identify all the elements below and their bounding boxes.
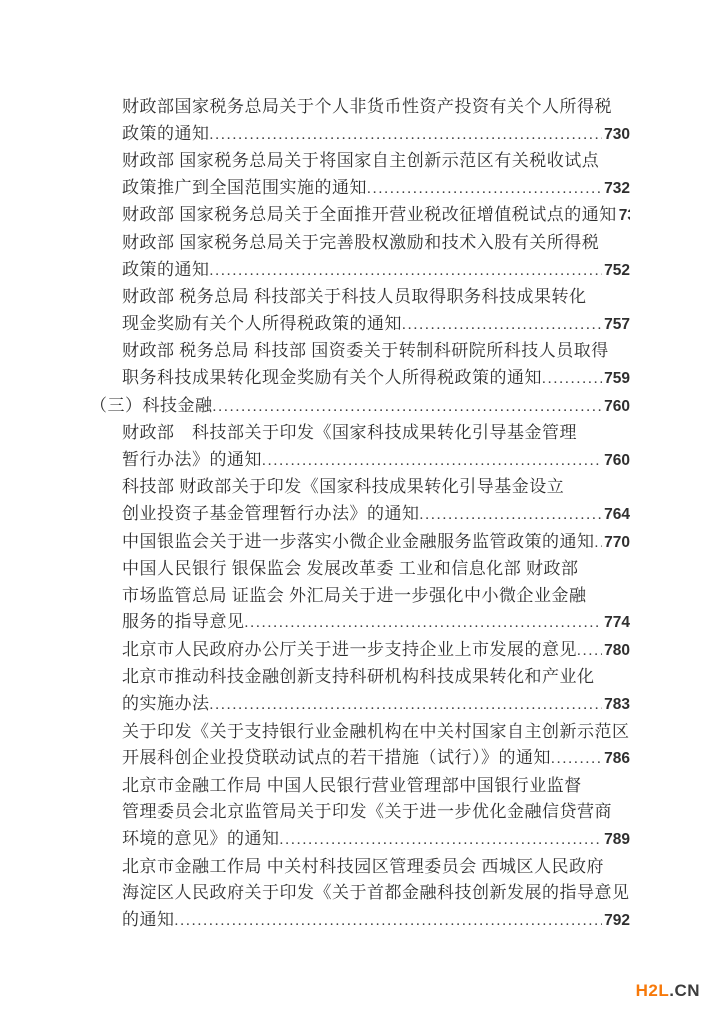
page-number: 786 [602,746,630,773]
dot-leader [542,365,602,393]
toc-entry: 关于印发《关于支持银行业金融机构在中关村国家自主创新示范区开展科创企业投贷联动试… [90,719,630,773]
toc-line-text: 现金奖励有关个人所得税政策的通知 [122,311,402,338]
watermark-suffix: .CN [669,981,700,1000]
page-number: 732 [602,176,630,203]
toc-line-text: 政策的通知 [122,257,210,284]
toc-line-text: 财政部 税务总局 科技部关于科技人员取得职务科技成果转化 [122,284,587,311]
toc-line-text: 科技部 财政部关于印发《国家科技成果转化引导基金设立 [122,474,564,501]
toc-entry: 中国银监会关于进一步落实小微企业金融服务监管政策的通知770 [90,529,630,557]
toc-line-text: 中国银监会关于进一步落实小微企业金融服务监管政策的通知 [122,529,595,556]
toc-line: 的通知792 [90,907,630,935]
toc-entry: 财政部 税务总局 科技部 国资委关于转制科研院所科技人员取得职务科技成果转化现金… [90,338,630,392]
toc-line: 管理委员会北京监管局关于印发《关于进一步优化金融信贷营商 [90,799,630,826]
toc-line: 的实施办法783 [90,691,630,719]
dot-leader [210,691,603,719]
dot-leader [420,501,603,529]
toc-entry: 北京市人民政府办公厅关于进一步支持企业上市发展的意见780 [90,637,630,665]
toc-line: 环境的意见》的通知789 [90,826,630,854]
toc-line: 北京市金融工作局 中关村科技园区管理委员会 西城区人民政府 [90,854,630,881]
toc-entry: 中国人民银行 银保监会 发展改革委 工业和信息化部 财政部市场监管总局 证监会 … [90,556,630,637]
toc-line-text: 职务科技成果转化现金奖励有关个人所得税政策的通知 [122,365,542,392]
toc-line: 中国人民银行 银保监会 发展改革委 工业和信息化部 财政部 [90,556,630,583]
toc-line: 政策的通知752 [90,257,630,285]
toc-line-text: （三）科技金融 [90,393,213,420]
page-number: 792 [602,908,630,935]
toc-line-text: 暂行办法》的通知 [122,447,262,474]
page-number: 730 [602,122,630,149]
toc-entry: 科技部 财政部关于印发《国家科技成果转化引导基金设立创业投资子基金管理暂行办法》… [90,474,630,528]
toc-line-text: 关于印发《关于支持银行业金融机构在中关村国家自主创新示范区 [122,719,630,746]
toc-line: 暂行办法》的通知760 [90,447,630,475]
dot-leader [595,529,603,557]
toc-line: 中国银监会关于进一步落实小微企业金融服务监管政策的通知770 [90,529,630,557]
toc-line: 财政部 税务总局 科技部 国资委关于转制科研院所科技人员取得 [90,338,630,365]
toc-line-text: 财政部 税务总局 科技部 国资委关于转制科研院所科技人员取得 [122,338,609,365]
dot-leader [551,745,602,773]
page-number: 760 [602,394,630,421]
dot-leader [175,907,603,935]
table-of-contents: 财政部国家税务总局关于个人非货币性资产投资有关个人所得税政策的通知730财政部 … [90,94,630,934]
toc-entry: 财政部 国家税务总局关于将国家自主创新示范区有关税收试点政策推广到全国范围实施的… [90,148,630,202]
page-number: 764 [602,502,630,529]
toc-line-text: 环境的意见》的通知 [122,826,280,853]
toc-line-text: 的通知 [122,907,175,934]
toc-line: 财政部 国家税务总局关于完善股权激励和技术入股有关所得税 [90,230,630,257]
page-number: 735 [617,203,630,230]
dot-leader [402,311,602,339]
toc-line: 政策推广到全国范围实施的通知732 [90,175,630,203]
toc-line-text: 政策推广到全国范围实施的通知 [122,175,367,202]
toc-line-text: 中国人民银行 银保监会 发展改革委 工业和信息化部 财政部 [122,556,579,583]
toc-line-text: 管理委员会北京监管局关于印发《关于进一步优化金融信贷营商 [122,799,612,826]
toc-line-text: 创业投资子基金管理暂行办法》的通知 [122,501,420,528]
dot-leader [577,637,602,665]
toc-entry: 北京市推动科技金融创新支持科研机构科技成果转化和产业化的实施办法783 [90,664,630,718]
toc-line: 现金奖励有关个人所得税政策的通知757 [90,311,630,339]
site-watermark: H2L.CN [636,981,700,1001]
toc-line: 开展科创企业投贷联动试点的若干措施（试行）》的通知786 [90,745,630,773]
toc-line-text: 北京市金融工作局 中关村科技园区管理委员会 西城区人民政府 [122,854,604,881]
page-number: 757 [602,312,630,339]
toc-line-text: 财政部 国家税务总局关于将国家自主创新示范区有关税收试点 [122,148,599,175]
toc-line: 关于印发《关于支持银行业金融机构在中关村国家自主创新示范区 [90,719,630,746]
dot-leader [210,121,603,149]
toc-line-text: 北京市金融工作局 中国人民银行营业管理部中国银行业监督 [122,773,582,800]
toc-entry: 财政部 国家税务总局关于全面推开营业税改征增值税试点的通知735 [90,202,630,230]
toc-line-text: 海淀区人民政府关于印发《关于首都金融科技创新发展的指导意见》 [122,880,630,907]
toc-line-text: 北京市推动科技金融创新支持科研机构科技成果转化和产业化 [122,664,595,691]
page-number: 752 [602,258,630,285]
dot-leader [280,826,603,854]
toc-entry: 财政部 税务总局 科技部关于科技人员取得职务科技成果转化现金奖励有关个人所得税政… [90,284,630,338]
toc-line: 财政部国家税务总局关于个人非货币性资产投资有关个人所得税 [90,94,630,121]
toc-entry: 财政部国家税务总局关于个人非货币性资产投资有关个人所得税政策的通知730 [90,94,630,148]
toc-line: 职务科技成果转化现金奖励有关个人所得税政策的通知759 [90,365,630,393]
watermark-brand: H2L [636,981,670,1000]
toc-line: 海淀区人民政府关于印发《关于首都金融科技创新发展的指导意见》 [90,880,630,907]
dot-leader [210,257,603,285]
dot-leader [213,393,603,421]
toc-line: 财政部 科技部关于印发《国家科技成果转化引导基金管理 [90,420,630,447]
toc-line-text: 开展科创企业投贷联动试点的若干措施（试行）》的通知 [122,745,551,772]
toc-line: 市场监管总局 证监会 外汇局关于进一步强化中小微企业金融 [90,583,630,610]
dot-leader [262,447,602,475]
page-number: 780 [602,638,630,665]
toc-line: （三）科技金融760 [90,393,630,421]
toc-entry: 北京市金融工作局 中国人民银行营业管理部中国银行业监督管理委员会北京监管局关于印… [90,773,630,854]
toc-line-text: 服务的指导意见 [122,609,245,636]
toc-line-text: 财政部 国家税务总局关于全面推开营业税改征增值税试点的通知 [122,202,617,229]
toc-line: 科技部 财政部关于印发《国家科技成果转化引导基金设立 [90,474,630,501]
page-number: 759 [602,366,630,393]
toc-entry: 北京市金融工作局 中关村科技园区管理委员会 西城区人民政府海淀区人民政府关于印发… [90,854,630,935]
page-number: 770 [602,530,630,557]
toc-line: 北京市推动科技金融创新支持科研机构科技成果转化和产业化 [90,664,630,691]
toc-line-text: 市场监管总局 证监会 外汇局关于进一步强化中小微企业金融 [122,583,587,610]
toc-entry: 财政部 科技部关于印发《国家科技成果转化引导基金管理暂行办法》的通知760 [90,420,630,474]
toc-line: 财政部 国家税务总局关于将国家自主创新示范区有关税收试点 [90,148,630,175]
toc-line: 财政部 国家税务总局关于全面推开营业税改征增值税试点的通知735 [90,202,630,230]
toc-line: 北京市人民政府办公厅关于进一步支持企业上市发展的意见780 [90,637,630,665]
toc-line-text: 北京市人民政府办公厅关于进一步支持企业上市发展的意见 [122,637,577,664]
toc-line: 北京市金融工作局 中国人民银行营业管理部中国银行业监督 [90,773,630,800]
page-number: 774 [602,610,630,637]
toc-line: 政策的通知730 [90,121,630,149]
toc-line: 服务的指导意见774 [90,609,630,637]
toc-line-text: 财政部 科技部关于印发《国家科技成果转化引导基金管理 [122,420,577,447]
toc-line: 创业投资子基金管理暂行办法》的通知764 [90,501,630,529]
page-number: 783 [602,692,630,719]
toc-line-text: 的实施办法 [122,691,210,718]
dot-leader [367,175,602,203]
toc-line-text: 财政部 国家税务总局关于完善股权激励和技术入股有关所得税 [122,230,599,257]
page-number: 789 [602,827,630,854]
toc-entry: 财政部 国家税务总局关于完善股权激励和技术入股有关所得税政策的通知752 [90,230,630,284]
toc-line-text: 财政部国家税务总局关于个人非货币性资产投资有关个人所得税 [122,94,612,121]
toc-line-text: 政策的通知 [122,121,210,148]
dot-leader [245,609,603,637]
toc-section-heading: （三）科技金融760 [90,393,630,421]
toc-line: 财政部 税务总局 科技部关于科技人员取得职务科技成果转化 [90,284,630,311]
page-number: 760 [602,448,630,475]
